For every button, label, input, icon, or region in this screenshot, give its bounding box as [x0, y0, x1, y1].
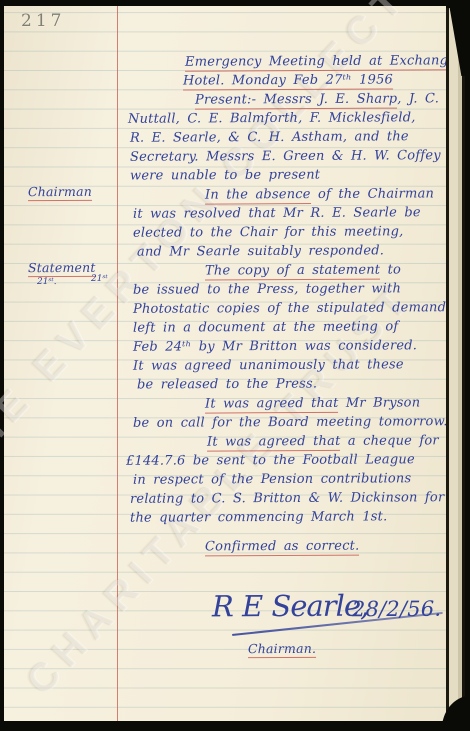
plain-text: be issued to the Press, together with: [133, 281, 401, 297]
statement-ref-left: 21ˢᵗ.: [37, 278, 57, 287]
handwriting-line: The copy of a statement to: [205, 263, 401, 277]
handwriting-line: Secretary. Messrs E. Green & H. W. Coffe…: [130, 149, 441, 164]
handwriting-line: Feb 24ᵗʰ by Mr Britton was considered.: [133, 339, 417, 353]
plain-text: were unable to be present: [130, 168, 320, 184]
handwriting-line: be on call for the Board meeting tomorro…: [133, 415, 448, 430]
handwriting-line: left in a document at the meeting of: [133, 320, 398, 334]
handwriting-line: relating to C. S. Britton & W. Dickinson…: [130, 491, 444, 506]
handwriting-line: R. E. Searle, & C. H. Astham, and the: [130, 130, 409, 144]
handwriting-line: Present:- Messrs J. E. Sharp, J. C.: [195, 92, 439, 106]
handwriting-line: Photostatic copies of the stipulated dem…: [133, 301, 453, 316]
book-page-edges: [446, 8, 465, 715]
plain-text: in respect of the Pension contributions: [133, 471, 411, 487]
underlined-text: Emergency Meeting held at Exchange: [185, 53, 456, 71]
plain-text: be on call for the Board meeting tomorro…: [133, 414, 448, 431]
underlined-text: Hotel. Monday Feb 27ᵗʰ 1956: [183, 72, 393, 90]
underlined-text: Statement: [28, 260, 96, 277]
handwriting-line: the quarter commencing March 1st.: [130, 510, 387, 524]
underlined-text: It was agreed that: [205, 396, 339, 414]
plain-text: It was agreed unanimously that these: [133, 357, 404, 373]
handwriting-line: Nuttall, C. E. Balmforth, F. Micklesfiel…: [128, 111, 416, 126]
handwriting-line: be released to the Press.: [137, 378, 317, 392]
margin-note-statement: Statement: [28, 262, 96, 275]
plain-text: Photostatic copies of the stipulated dem…: [133, 300, 453, 317]
plain-text: be released to the Press.: [137, 377, 317, 393]
handwriting-line: It was agreed that Mr Bryson: [205, 396, 420, 410]
confirmation-line: Confirmed as correct.: [205, 540, 360, 554]
handwriting-line: were unable to be present: [130, 169, 320, 183]
handwriting-line: Hotel. Monday Feb 27ᵗʰ 1956: [183, 73, 393, 87]
chairman-signature: R E Searle,: [212, 592, 368, 622]
underlined-text: It was agreed that: [207, 434, 341, 452]
underlined-text: Confirmed as correct.: [205, 539, 360, 557]
underlined-text: In the absence: [205, 187, 311, 205]
page-number-stamp: 217: [21, 11, 65, 31]
plain-text: Mr Bryson: [338, 395, 420, 410]
handwriting-line: It was agreed that a cheque for: [207, 434, 439, 448]
handwriting-line: In the absence of the Chairman: [205, 187, 434, 201]
plain-text: Secretary. Messrs E. Green & H. W. Coffe…: [130, 148, 441, 165]
handwriting-line: be issued to the Press, together with: [133, 282, 401, 296]
margin-note-chairman: Chairman: [28, 186, 92, 199]
handwriting-line: and Mr Searle suitably responded.: [137, 244, 384, 258]
plain-text: R. E. Searle, & C. H. Astham, and the: [130, 129, 409, 145]
underlined-text: Present:- Messrs J. E. Sharp: [195, 92, 397, 110]
plain-text: left in a document at the meeting of: [133, 319, 398, 335]
handwriting-line: £144.7.6 be sent to the Football League: [126, 453, 415, 468]
underlined-text: The copy of a statement: [205, 263, 380, 281]
statement-ref-right: 21ˢᵗ: [91, 275, 108, 284]
handwriting-line: Emergency Meeting held at Exchange: [185, 54, 456, 68]
plain-text: Feb 24ᵗʰ by Mr Britton was considered.: [133, 338, 417, 354]
handwriting-line: It was agreed unanimously that these: [133, 358, 404, 372]
plain-text: it was resolved that Mr R. E. Searle be: [133, 205, 421, 222]
handwriting-line: in respect of the Pension contributions: [133, 472, 411, 486]
plain-text: Nuttall, C. E. Balmforth, F. Micklesfiel…: [128, 110, 416, 127]
signature-title: Chairman.: [248, 643, 316, 656]
plain-text: of the Chairman: [311, 186, 434, 202]
handwriting-line: it was resolved that Mr R. E. Searle be: [133, 206, 421, 221]
plain-text: and Mr Searle suitably responded.: [137, 243, 384, 259]
plain-text: the quarter commencing March 1st.: [130, 509, 387, 525]
plain-text: elected to the Chair for this meeting,: [133, 224, 404, 240]
underlined-text: Chairman.: [248, 641, 316, 658]
handwriting-line: elected to the Chair for this meeting,: [133, 225, 404, 239]
plain-text: to: [380, 262, 401, 277]
plain-text: relating to C. S. Britton & W. Dickinson…: [130, 490, 444, 507]
plain-text: £144.7.6 be sent to the Football League: [126, 452, 415, 469]
underlined-text: Chairman: [28, 184, 92, 201]
plain-text: a cheque for: [340, 433, 438, 449]
plain-text: , J. C.: [397, 91, 439, 106]
